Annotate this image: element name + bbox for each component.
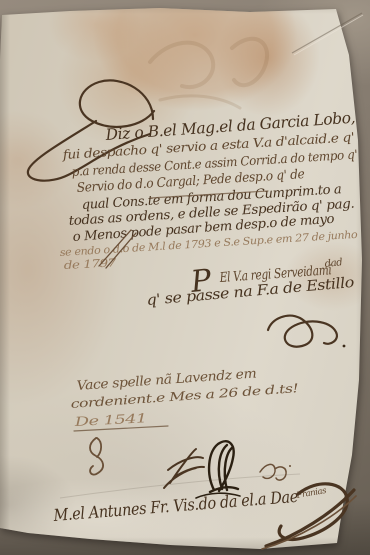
- rubric-dark-bud: [209, 441, 238, 492]
- rubric-period-dot: [343, 345, 346, 348]
- despacho-marginal-word: dad: [324, 257, 343, 270]
- manuscript-photo: Diz o B.el Mag.el da Garcia Lobo, fui de…: [0, 0, 370, 555]
- handwriting-layer: Diz o B.el Mag.el da Garcia Lobo, fui de…: [0, 0, 370, 555]
- paraph-small-lg: [260, 464, 286, 480]
- despacho-rubric: [268, 316, 337, 347]
- corner-crease: [292, 13, 363, 55]
- ghost-showthrough-strokes: [150, 39, 267, 108]
- paraph-letter-f: [164, 449, 204, 488]
- paraph-left-figure-eight: [90, 438, 103, 475]
- paraph-dot: [289, 465, 291, 467]
- signature-name-line: M.el Antunes Fr. Vis.do da el.a Dae: [52, 487, 299, 525]
- docket-line-3: De 1541: [73, 410, 147, 429]
